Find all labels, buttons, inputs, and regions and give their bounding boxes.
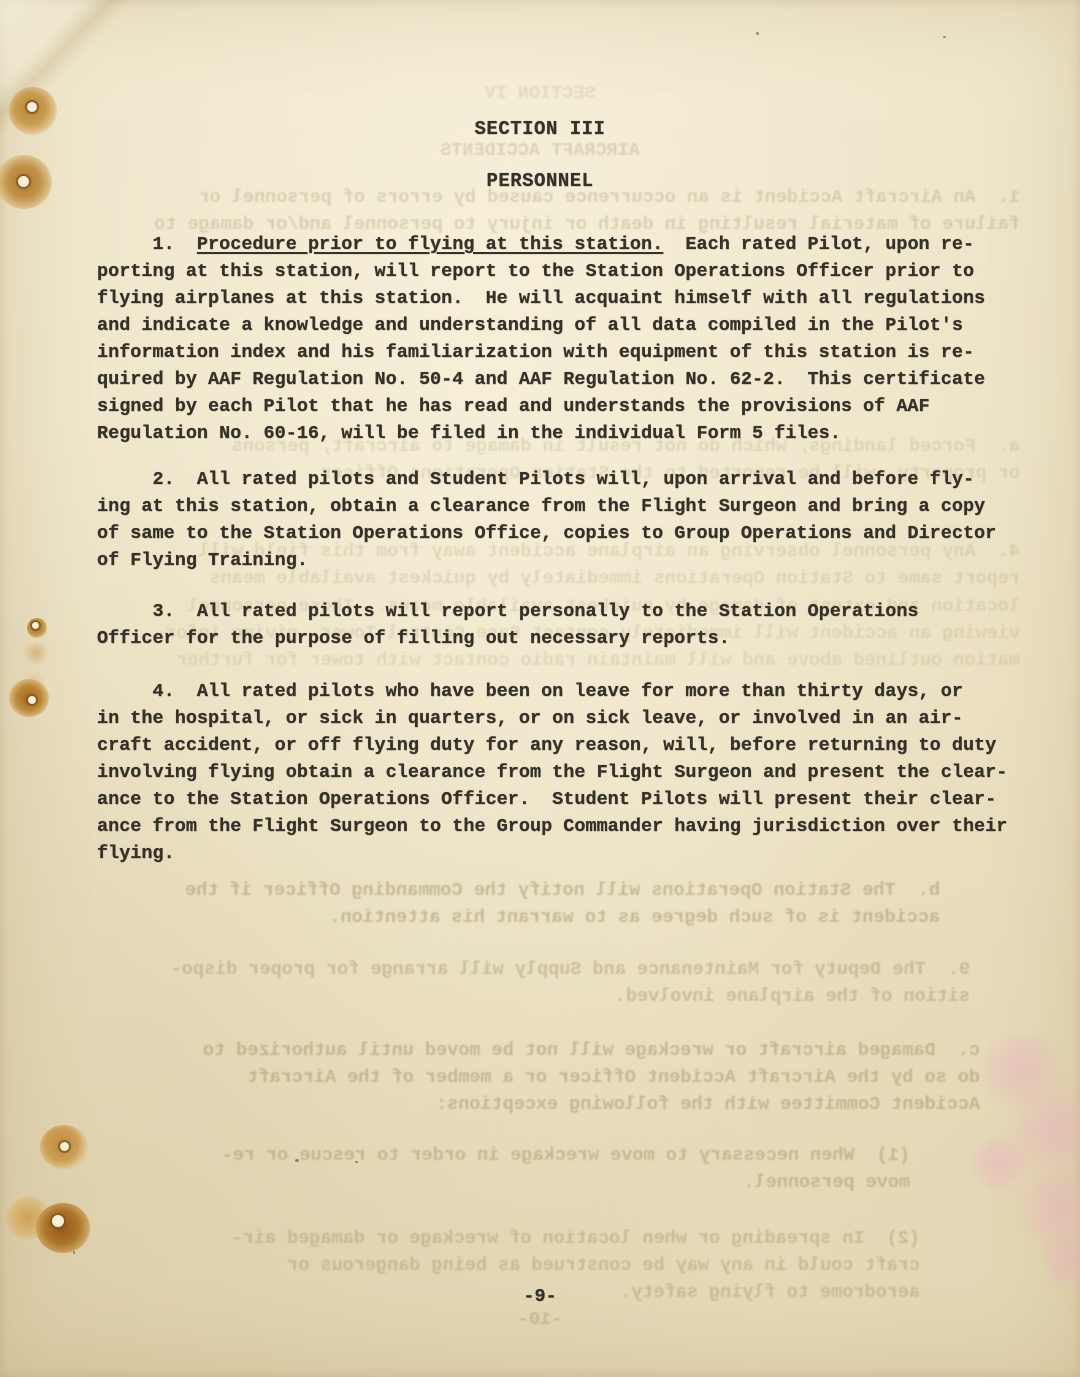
scanned-document-page: SECTION IV AIRCRAFT ACCIDENTS 1. An Airc… [0, 0, 1080, 1377]
pink-stain [1040, 1230, 1080, 1290]
text-line: ance from the Flight Surgeon to the Grou… [97, 813, 1047, 840]
text-line: Regulation No. 60-16, will be filed in t… [97, 420, 1047, 447]
rust-stain [23, 641, 49, 665]
underlined-heading: Procedure prior to flying at this statio… [197, 234, 663, 255]
rust-stain [27, 618, 47, 638]
fastener-hole [60, 1142, 69, 1151]
text-line: craft accident, or off flying duty for a… [97, 732, 1047, 759]
bleedthrough-text: 9. The Deputy for Maintenance and Supply… [115, 956, 970, 1010]
paper-speck [756, 32, 759, 35]
page-subtitle: PERSONNEL [0, 170, 1080, 192]
page-number: -9- [0, 1286, 1080, 1307]
pink-stain [965, 1135, 1035, 1190]
text-line: flying. [97, 840, 1047, 867]
text-line: involving flying obtain a clearance from… [97, 759, 1047, 786]
paper-speck [943, 36, 946, 38]
rust-stain [40, 1125, 88, 1169]
bleedthrough-text: (1) When necessary to move wreckage in o… [170, 1142, 910, 1196]
section-title: SECTION III [0, 118, 1080, 140]
fastener-hole [27, 102, 37, 112]
rust-stain [36, 1203, 90, 1253]
rust-stain [6, 1196, 50, 1240]
paragraph-4-lines: 4. All rated pilots who have been on lea… [97, 678, 1047, 867]
paper-speck [73, 1251, 75, 1254]
text-line: 2. All rated pilots and Student Pilots w… [97, 466, 1047, 493]
fastener-hole [52, 1215, 64, 1227]
rust-stain [23, 671, 45, 691]
bleedthrough-text: 1. An Aircraft Accident is an occurrence… [95, 184, 1020, 238]
paragraph-4: 4. All rated pilots who have been on lea… [97, 678, 1047, 867]
text-line: Officer for the purpose of filling out n… [97, 625, 1047, 652]
pink-stain [1020, 1165, 1080, 1250]
fastener-hole [28, 696, 36, 704]
text-line: signed by each Pilot that he has read an… [97, 393, 1047, 420]
paragraph-3: 3. All rated pilots will report personal… [97, 598, 1047, 652]
paragraph-1-lines: porting at this station, will report to … [97, 258, 1047, 447]
text-line: and indicate a knowledge and understandi… [97, 312, 1047, 339]
paragraph-2: 2. All rated pilots and Student Pilots w… [97, 466, 1047, 574]
paragraph-number: 1. [97, 234, 197, 255]
fastener-hole [32, 622, 39, 629]
text-line: of same to the Station Operations Office… [97, 520, 1047, 547]
paragraph-1: 1. Procedure prior to flying at this sta… [97, 231, 1047, 447]
paper-speck [355, 1161, 358, 1163]
document-body: 1. Procedure prior to flying at this sta… [97, 231, 1047, 886]
bleedthrough-text: -10- [0, 1306, 1080, 1333]
text-line: 3. All rated pilots will report personal… [97, 598, 1047, 625]
text-line: 4. All rated pilots who have been on lea… [97, 678, 1047, 705]
text-line: quired by AAF Regulation No. 50-4 and AA… [97, 366, 1047, 393]
pink-stain [1010, 1085, 1080, 1175]
text-line: in the hospital, or sick in quarters, or… [97, 705, 1047, 732]
text-line: information index and his familiarizatio… [97, 339, 1047, 366]
text-line: flying airplanes at this station. He wil… [97, 285, 1047, 312]
pink-stain [975, 1035, 1070, 1105]
text-line: porting at this station, will report to … [97, 258, 1047, 285]
bleedthrough-text: c. Damaged aircraft or wreckage will not… [115, 1037, 980, 1118]
paragraph-2-lines: 2. All rated pilots and Student Pilots w… [97, 466, 1047, 574]
paper-speck [295, 1159, 299, 1162]
text-line: ance to the Station Operations Officer. … [97, 786, 1047, 813]
paragraph-3-lines: 3. All rated pilots will report personal… [97, 598, 1047, 652]
bleedthrough-text: AIRCRAFT ACCIDENTS [0, 137, 1080, 164]
rust-stain [9, 679, 49, 717]
heading-trailing-text: Each rated Pilot, upon re- [663, 234, 974, 255]
paper-corner-crease [0, 0, 230, 230]
bleedthrough-text: SECTION IV [0, 80, 1080, 107]
text-line: ing at this station, obtain a clearance … [97, 493, 1047, 520]
text-line: 1. Procedure prior to flying at this sta… [97, 231, 1047, 258]
text-line: of Flying Training. [97, 547, 1047, 574]
